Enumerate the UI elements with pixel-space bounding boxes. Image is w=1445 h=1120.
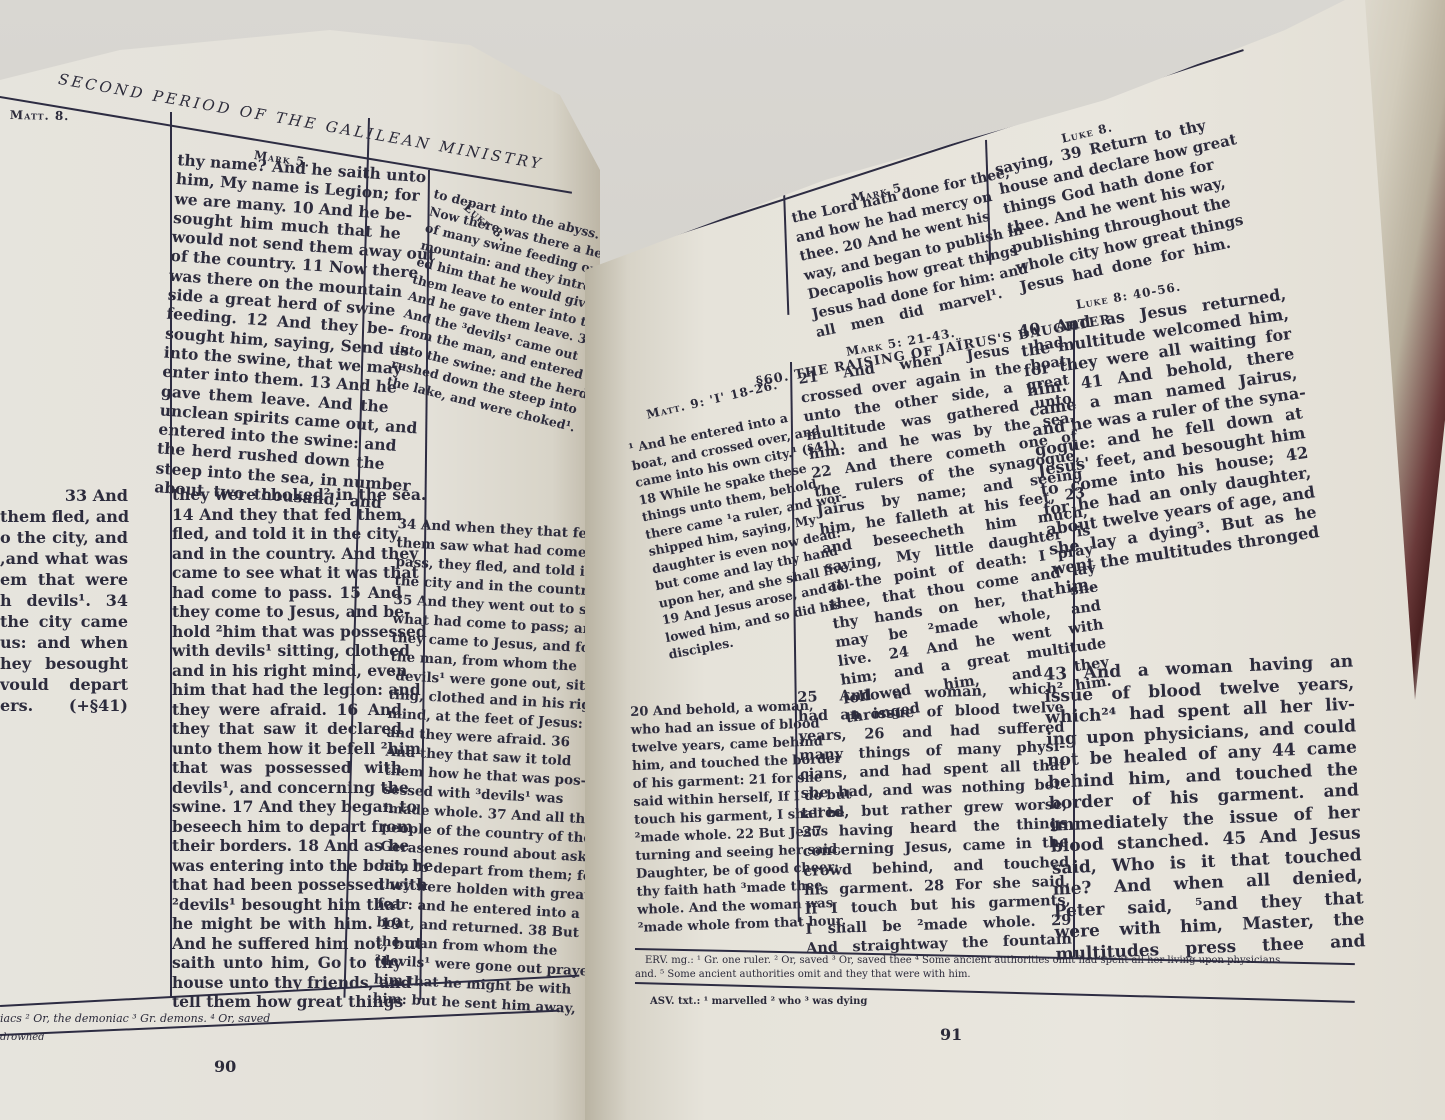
matt-column-text-a: ¹ And he entered into a boat, and crosse… <box>627 410 823 663</box>
left-page: SECOND PERIOD OF THE GALILEAN MINISTRY M… <box>0 0 600 1120</box>
mark-column-text-lower: 25 And a woman, which² had an issue of b… <box>797 679 1072 958</box>
left-page-number: 90 <box>214 1057 236 1076</box>
right-footnote-asv: ASV. txt.: ¹ marvelled ² who ³ was dying <box>650 996 867 1007</box>
column-divider <box>783 190 789 315</box>
matt-column-text-b: 20 And behold, a woman, who had an issue… <box>630 698 816 938</box>
luke-column-text-upper: 40 And as Jesus returned, the multitude … <box>1017 284 1323 599</box>
mark-top-text: the Lord hath done for thee, and how he … <box>790 170 1004 343</box>
right-footnote-erv-2: and. ⁵ Some ancient authorities omit and… <box>635 969 971 980</box>
matt-heading: Matt. 8. <box>10 108 70 123</box>
luke-column-text-lower: 43 And a woman having an issue of blood … <box>1043 651 1366 965</box>
mark-column-text: thy name? And he saith unto him, My name… <box>154 150 406 512</box>
luke-column-text-bottom: 34 And when they that fed them saw what … <box>372 515 578 1018</box>
left-footnote-extra: drowned <box>0 1032 45 1043</box>
luke-top-text: saying, 39 Return to thy house and decla… <box>993 115 1232 297</box>
matt-column-text: 33 And them fled, and o the city, and ,a… <box>0 485 128 716</box>
luke-column-text-top: to depart into the abyss. 32 Now there w… <box>385 185 581 425</box>
mark-column-text-lower: they were choked² in the sea. 14 And the… <box>172 485 402 1012</box>
right-page-number: 91 <box>940 1025 962 1044</box>
right-footnote-erv: ERV. mg.: ¹ Gr. one ruler. ² Or, saved ³… <box>645 955 1280 966</box>
